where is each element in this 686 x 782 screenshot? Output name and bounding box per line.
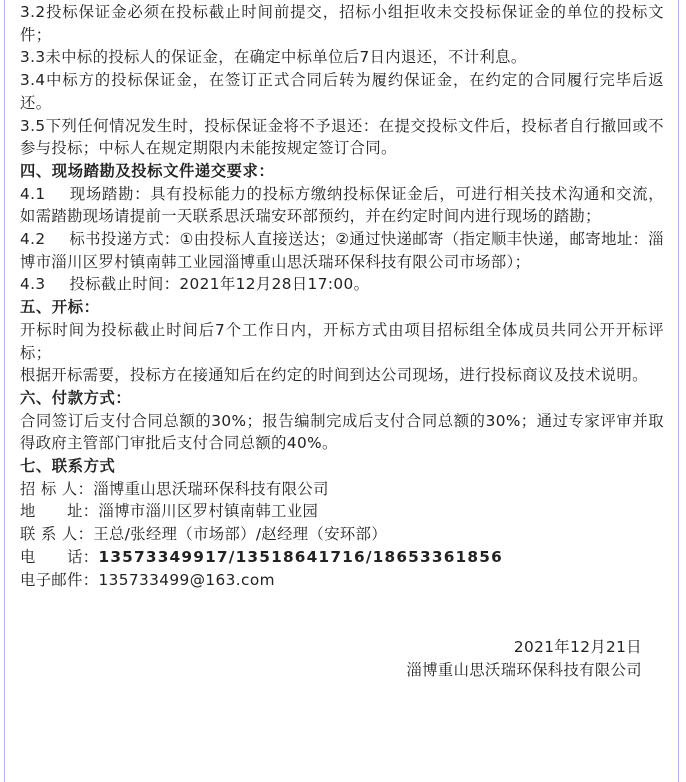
clause-4-1-number: 4.1 — [20, 185, 46, 203]
clause-3-4: 3.4中标方的投标保证金，在签订正式合同后转为履约保证金，在约定的合同履行完毕后… — [20, 69, 664, 114]
contact-email: 电子邮件：135733499@163.com — [20, 569, 664, 592]
bid-opening-time: 开标时间为投标截止时间后7个工作日内，开标方式由项目招标组全体成员共同公开开标评… — [20, 319, 664, 364]
clause-4-3-number: 4.3 — [20, 275, 46, 293]
document-body: 3.2投标保证金必须在投标截止时间前提交，招标小组拒收未交投标保证金的单位的投标… — [20, 1, 664, 682]
clause-4-3-text: 投标截止时间：2021年12月28日17:00。 — [70, 275, 370, 293]
clause-3-2: 3.2投标保证金必须在投标截止时间前提交，招标小组拒收未交投标保证金的单位的投标… — [20, 1, 664, 46]
bid-opening-requirement: 根据开标需要，投标方在接通知后在约定的时间到达公司现场，进行投标商议及技术说明。 — [20, 364, 664, 387]
contact-value: 王总/张经理（市场部）/赵经理（安环部） — [93, 525, 387, 543]
clause-4-3: 4.3投标截止时间：2021年12月28日17:00。 — [20, 273, 664, 296]
clause-4-1: 4.1现场踏勘：具有投标能力的投标方缴纳投标保证金后，可进行相关技术沟通和交流，… — [20, 183, 664, 228]
section-7-heading: 七、联系方式 — [20, 455, 664, 478]
clause-4-2-text: 标书投递方式：①由投标人直接送达；②通过快递邮寄（指定顺丰快递，邮寄地址：淄博市… — [20, 230, 664, 271]
contact-value: 13573349917/13518641716/18653361856 — [99, 548, 503, 566]
contact-phone: 电 话：13573349917/13518641716/18653361856 — [20, 546, 664, 569]
contact-label: 联 系 人： — [20, 525, 93, 543]
contact-value: 淄博重山思沃瑞环保科技有限公司 — [93, 480, 328, 498]
clause-3-5: 3.5下列任何情况发生时，投标保证金将不予退还：在提交投标文件后，投标者自行撤回… — [20, 115, 664, 160]
section-4-heading: 四、现场踏勘及投标文件递交要求： — [20, 160, 664, 183]
section-5-heading: 五、开标： — [20, 296, 664, 319]
signature-block: 2021年12月21日 淄博重山思沃瑞环保科技有限公司 — [20, 636, 664, 681]
clause-4-1-text: 现场踏勘：具有投标能力的投标方缴纳投标保证金后，可进行相关技术沟通和交流，如需踏… — [20, 185, 664, 226]
clause-4-2: 4.2标书投递方式：①由投标人直接送达；②通过快递邮寄（指定顺丰快递，邮寄地址：… — [20, 228, 664, 273]
section-6-heading: 六、付款方式： — [20, 387, 664, 410]
contact-person: 联 系 人：王总/张经理（市场部）/赵经理（安环部） — [20, 523, 664, 546]
signature-company: 淄博重山思沃瑞环保科技有限公司 — [20, 659, 642, 682]
contact-label: 电 话： — [20, 548, 99, 566]
contact-label: 电子邮件： — [20, 571, 99, 589]
clause-4-2-number: 4.2 — [20, 230, 46, 248]
contact-label: 招 标 人： — [20, 480, 93, 498]
contact-tenderer: 招 标 人：淄博重山思沃瑞环保科技有限公司 — [20, 478, 664, 501]
email-link[interactable]: 135733499@163.com — [99, 571, 275, 589]
contact-label: 地 址： — [20, 502, 99, 520]
signature-date: 2021年12月21日 — [20, 636, 642, 659]
contact-value: 淄博市淄川区罗村镇南韩工业园 — [99, 502, 319, 520]
contact-address: 地 址：淄博市淄川区罗村镇南韩工业园 — [20, 500, 664, 523]
payment-terms: 合同签订后支付合同总额的30%；报告编制完成后支付合同总额的30%；通过专家评审… — [20, 410, 664, 455]
clause-3-3: 3.3未中标的投标人的保证金，在确定中标单位后7日内退还，不计利息。 — [20, 46, 664, 69]
